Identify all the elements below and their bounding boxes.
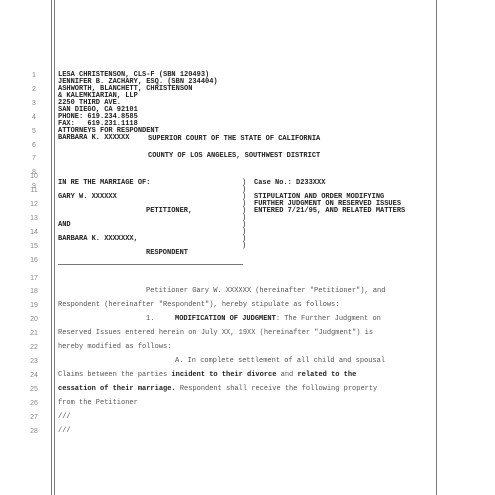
section-heading: MODIFICATION OF JUDGMENT — [175, 315, 276, 323]
line-number: 10 — [24, 173, 44, 180]
right-margin-line — [436, 0, 437, 495]
line-number: 22 — [24, 344, 44, 351]
line-number: 27 — [24, 414, 44, 421]
body-line: Respondent (hereinafter "Respondent"), h… — [58, 302, 339, 309]
body-line: /// — [58, 414, 71, 421]
line-number: 26 — [24, 400, 44, 407]
line-number: 16 — [24, 257, 44, 264]
respondent-label: RESPONDENT — [146, 250, 188, 257]
case-number: Case No.: D233XXX — [254, 180, 325, 187]
caption-divider — [58, 264, 243, 265]
body-line: /// — [58, 428, 71, 435]
body-text: and — [276, 371, 297, 379]
body-text: : The Further Judgment on — [276, 315, 381, 323]
court-name: SUPERIOR COURT OF THE STATE OF CALIFORNI… — [148, 136, 320, 143]
petitioner-label: PETITIONER, — [146, 208, 192, 215]
in-re-heading: IN RE THE MARRIAGE OF: — [58, 180, 150, 187]
bold-text: related to the — [297, 371, 356, 379]
line-number: 5 — [24, 128, 44, 135]
document-title-line: ENTERED 7/21/95, AND RELATED MATTERS — [254, 208, 405, 215]
attorney-line: BARBARA K. XXXXXX — [58, 135, 129, 142]
body-line: Claims between the parties incident to t… — [58, 372, 356, 379]
petitioner-name: GARY W. XXXXXX — [58, 194, 117, 201]
line-number: 15 — [24, 243, 44, 250]
line-number: 17 — [24, 275, 44, 282]
bold-text: incident to their divorce — [171, 371, 276, 379]
body-text: Claims between the parties — [58, 371, 171, 379]
line-number: 6 — [24, 142, 44, 149]
body-text: Respondent shall receive the following p… — [176, 385, 378, 393]
body-line: Petitioner Gary W. XXXXXX (hereinafter "… — [146, 288, 385, 295]
left-margin-line-inner — [54, 0, 55, 495]
line-number: 1 — [24, 72, 44, 79]
body-line: A. In complete settlement of all child a… — [175, 358, 385, 365]
line-number: 18 — [24, 288, 44, 295]
section-heading-line: MODIFICATION OF JUDGMENT: The Further Ju… — [175, 316, 381, 323]
section-number: 1. — [146, 316, 154, 323]
line-number: 14 — [24, 229, 44, 236]
respondent-name: BARBARA K. XXXXXXX, — [58, 236, 138, 243]
line-number: 4 — [24, 114, 44, 121]
line-number: 3 — [24, 100, 44, 107]
bold-text: cessation of their marriage. — [58, 385, 176, 393]
body-line: hereby modified as follows: — [58, 344, 171, 351]
line-number: 20 — [24, 316, 44, 323]
and-label: AND — [58, 222, 71, 229]
line-number: 13 — [24, 215, 44, 222]
body-line: Reserved Issues entered herein on July X… — [58, 330, 373, 337]
line-number: 7 — [24, 155, 44, 162]
body-line: from the Petitioner — [58, 400, 138, 407]
line-number: 2 — [24, 86, 44, 93]
line-number: 12 — [24, 201, 44, 208]
left-margin-line-outer — [51, 0, 52, 495]
line-number: 21 — [24, 330, 44, 337]
court-county: COUNTY OF LOS ANGELES, SOUTHWEST DISTRIC… — [148, 153, 320, 160]
caption-paren: ) — [242, 243, 246, 250]
line-number: 28 — [24, 428, 44, 435]
line-number: 23 — [24, 358, 44, 365]
body-line: cessation of their marriage. Respondent … — [58, 386, 377, 393]
line-number: 24 — [24, 372, 44, 379]
line-number: 11 — [24, 187, 44, 194]
line-number: 19 — [24, 302, 44, 309]
line-number: 25 — [24, 386, 44, 393]
